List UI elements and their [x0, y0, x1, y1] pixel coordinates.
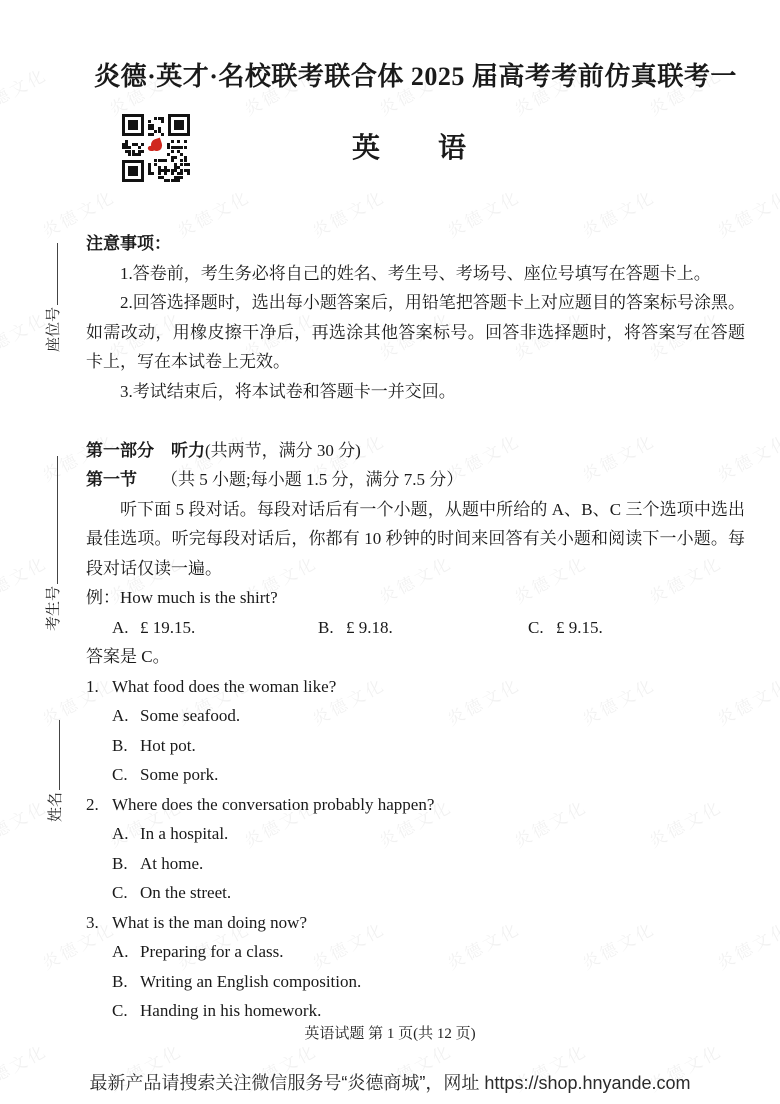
- option-letter: B.: [112, 967, 140, 997]
- option-letter: B.: [112, 849, 140, 879]
- option-letter: A.: [112, 701, 140, 731]
- option-text: £ 9.18.: [346, 618, 393, 637]
- notice-item-1: 1.答卷前，考生务必将自己的姓名、考生号、考场号、座位号填写在答题卡上。: [86, 259, 745, 289]
- question-1-option-c: C.Some pork.: [86, 760, 745, 790]
- option-text: £ 9.15.: [556, 618, 603, 637]
- promo-footer: 最新产品请搜索关注微信服务号“炎德商城”，网址 https://shop.hny…: [0, 1069, 780, 1095]
- seat-number-blank: [43, 243, 58, 305]
- section1-heading-number: 第一节: [86, 470, 137, 489]
- question-number: 1.: [86, 672, 112, 702]
- option-letter: B.: [112, 731, 140, 761]
- question-text: What food does the woman like?: [112, 677, 336, 696]
- option-letter: A.: [112, 937, 140, 967]
- seat-number-label: 座位号: [46, 307, 62, 352]
- part1-heading-title: 听力: [171, 441, 205, 460]
- question-number: 2.: [86, 790, 112, 820]
- seat-number-field: 座位号: [42, 243, 63, 352]
- exam-paper-page: 炎德文化炎德文化炎德文化炎德文化炎德文化炎德文化炎德文化炎德文化炎德文化炎德文化…: [0, 0, 780, 1104]
- option-letter: B.: [318, 613, 346, 643]
- subject-char-left: 英: [352, 126, 380, 166]
- candidate-number-field: 考生号: [42, 456, 63, 631]
- question-2-option-b: B.At home.: [86, 849, 745, 879]
- paper-body: 注意事项： 1.答卷前，考生务必将自己的姓名、考生号、考场号、座位号填写在答题卡…: [86, 229, 745, 1026]
- option-text: Some seafood.: [140, 706, 240, 725]
- name-field: 姓名: [44, 720, 65, 822]
- candidate-number-label: 考生号: [46, 586, 62, 631]
- example-prefix: 例：: [86, 588, 120, 607]
- notice-heading: 注意事项：: [86, 229, 745, 259]
- page-number-footer: 英语试题 第 1 页(共 12 页): [0, 1022, 780, 1043]
- option-letter: C.: [528, 613, 556, 643]
- option-text: Preparing for a class.: [140, 942, 284, 961]
- exam-title: 炎德·英才·名校联考联合体 2025 届高考考前仿真联考一: [86, 56, 745, 93]
- option-text: Some pork.: [140, 765, 218, 784]
- option-text: Hot pot.: [140, 736, 196, 755]
- option-text: In a hospital.: [140, 824, 228, 843]
- question-1: 1.What food does the woman like?: [86, 672, 745, 702]
- section1-heading-score: （共 5 小题;每小题 1.5 分，满分 7.5 分）: [161, 470, 463, 489]
- example-answer-line: 答案是 C。: [86, 642, 745, 672]
- section1-heading: 第一节（共 5 小题;每小题 1.5 分，满分 7.5 分）: [86, 465, 745, 495]
- option-letter: A.: [112, 819, 140, 849]
- option-letter: C.: [112, 760, 140, 790]
- part1-heading-number: 第一部分: [86, 441, 154, 460]
- example-question: How much is the shirt?: [120, 588, 278, 607]
- question-2-option-a: A.In a hospital.: [86, 819, 745, 849]
- question-3-option-b: B.Writing an English composition.: [86, 967, 745, 997]
- part1-heading: 第一部分听力(共两节，满分 30 分): [86, 436, 745, 466]
- question-text: Where does the conversation probably hap…: [112, 795, 434, 814]
- option-text: Handing in his homework.: [140, 1001, 321, 1020]
- example-option-b: B.£ 9.18.: [318, 613, 528, 643]
- example-option-a: A.£ 19.15.: [112, 613, 318, 643]
- subject-char-right: 语: [438, 126, 466, 166]
- question-1-option-b: B.Hot pot.: [86, 731, 745, 761]
- notice-item-2: 2.回答选择题时，选出每小题答案后，用铅笔把答题卡上对应题目的答案标号涂黑。如需…: [86, 288, 745, 377]
- question-2: 2.Where does the conversation probably h…: [86, 790, 745, 820]
- question-1-option-a: A.Some seafood.: [86, 701, 745, 731]
- option-text: £ 19.15.: [140, 618, 195, 637]
- example-question-line: 例：How much is the shirt?: [86, 583, 745, 613]
- part1-heading-score: (共两节，满分 30 分): [205, 441, 361, 460]
- question-text: What is the man doing now?: [112, 913, 307, 932]
- question-number: 3.: [86, 908, 112, 938]
- qr-code: [122, 114, 190, 182]
- option-letter: C.: [112, 878, 140, 908]
- question-2-option-c: C.On the street.: [86, 878, 745, 908]
- qr-finder-icon: [168, 114, 190, 136]
- name-blank: [45, 720, 60, 790]
- example-options-row: A.£ 19.15. B.£ 9.18. C.£ 9.15.: [86, 613, 745, 643]
- notice-item-3: 3.考试结束后，将本试卷和答题卡一并交回。: [86, 377, 745, 407]
- name-label: 姓名: [48, 792, 64, 822]
- section1-instructions: 听下面 5 段对话。每段对话后有一个小题，从题中所给的 A、B、C 三个选项中选…: [86, 495, 745, 584]
- option-text: At home.: [140, 854, 203, 873]
- question-3: 3.What is the man doing now?: [86, 908, 745, 938]
- option-text: Writing an English composition.: [140, 972, 361, 991]
- qr-finder-icon: [122, 114, 144, 136]
- qr-finder-icon: [122, 160, 144, 182]
- option-letter: A.: [112, 613, 140, 643]
- option-text: On the street.: [140, 883, 231, 902]
- candidate-number-blank: [43, 456, 58, 584]
- example-option-c: C.£ 9.15.: [528, 613, 745, 643]
- question-3-option-a: A.Preparing for a class.: [86, 937, 745, 967]
